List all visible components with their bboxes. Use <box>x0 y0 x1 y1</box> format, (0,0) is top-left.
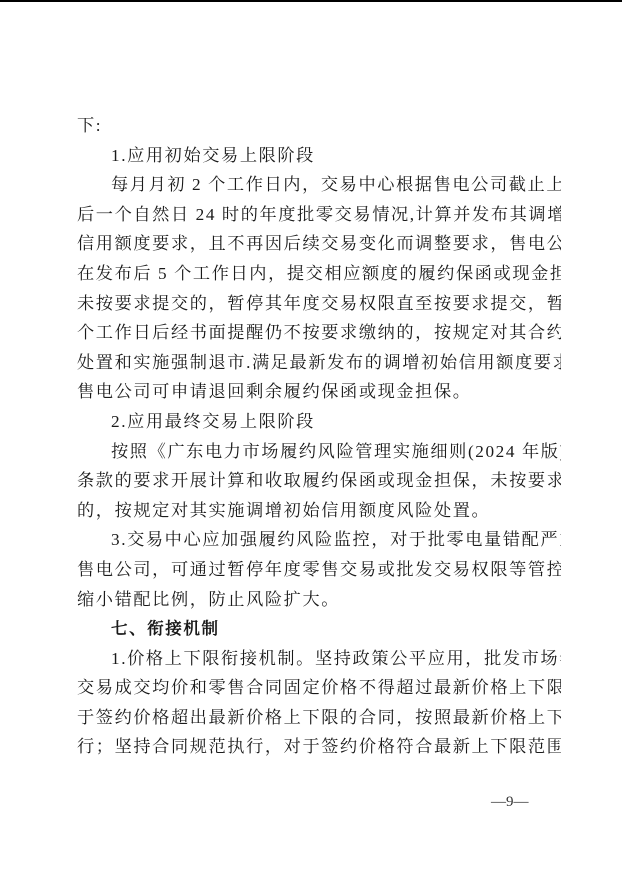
text-line: 个工作日后经书面提醒仍不按要求缴纳的，按规定对其合约进行 <box>77 318 561 348</box>
text-line: 售电公司，可通过暂停年度零售交易或批发交易权限等管控措施 <box>77 555 561 585</box>
document-body: 下: 1.应用初始交易上限阶段 每月月初 2 个工作日内，交易中心根据售电公司截… <box>77 111 561 762</box>
text-line: 交易成交均价和零售合同固定价格不得超过最新价格上下限，对 <box>77 673 561 703</box>
text-line: 在发布后 5 个工作日内，提交相应额度的履约保函或现金担保， <box>77 259 561 289</box>
text-line: 1.价格上下限衔接机制。坚持政策公平应用，批发市场年度 <box>77 644 561 674</box>
text-line: 未按要求提交的，暂停其年度交易权限直至按要求提交，暂停 10 <box>77 289 561 319</box>
text-line: 处置和实施强制退市.满足最新发布的调增初始信用额度要求后， <box>77 348 561 378</box>
text-line: 缩小错配比例，防止风险扩大。 <box>77 585 561 615</box>
text-line: 条款的要求开展计算和收取履约保函或现金担保，未按要求提交 <box>77 466 561 496</box>
text-line: 3.交易中心应加强履约风险监控，对于批零电量错配严重的 <box>77 525 561 555</box>
text-line: 每月月初 2 个工作日内，交易中心根据售电公司截止上月最 <box>77 170 561 200</box>
text-line: 下: <box>77 111 561 141</box>
text-line: 行；坚持合同规范执行，对于签约价格符合最新上下限范围的合 <box>77 732 561 762</box>
section-heading-transition-mechanism: 七、衔接机制 <box>77 614 561 644</box>
subheading-final-limit-stage: 2.应用最终交易上限阶段 <box>77 407 561 437</box>
text-line: 的，按规定对其实施调增初始信用额度风险处置。 <box>77 496 561 526</box>
subheading-initial-limit-stage: 1.应用初始交易上限阶段 <box>77 141 561 171</box>
page-number: —9— <box>491 794 529 811</box>
top-border-rule <box>0 0 622 2</box>
text-line: 售电公司可申请退回剩余履约保函或现金担保。 <box>77 377 561 407</box>
text-line: 按照《广东电力市场履约风险管理实施细则(2024 年版)》7.2.1 <box>77 437 561 467</box>
text-line: 信用额度要求，且不再因后续交易变化而调整要求，售电公司应 <box>77 229 561 259</box>
text-line: 于签约价格超出最新价格上下限的合同，按照最新价格上下限执 <box>77 703 561 733</box>
text-line: 后一个自然日 24 时的年度批零交易情况,计算并发布其调增初始 <box>77 200 561 230</box>
